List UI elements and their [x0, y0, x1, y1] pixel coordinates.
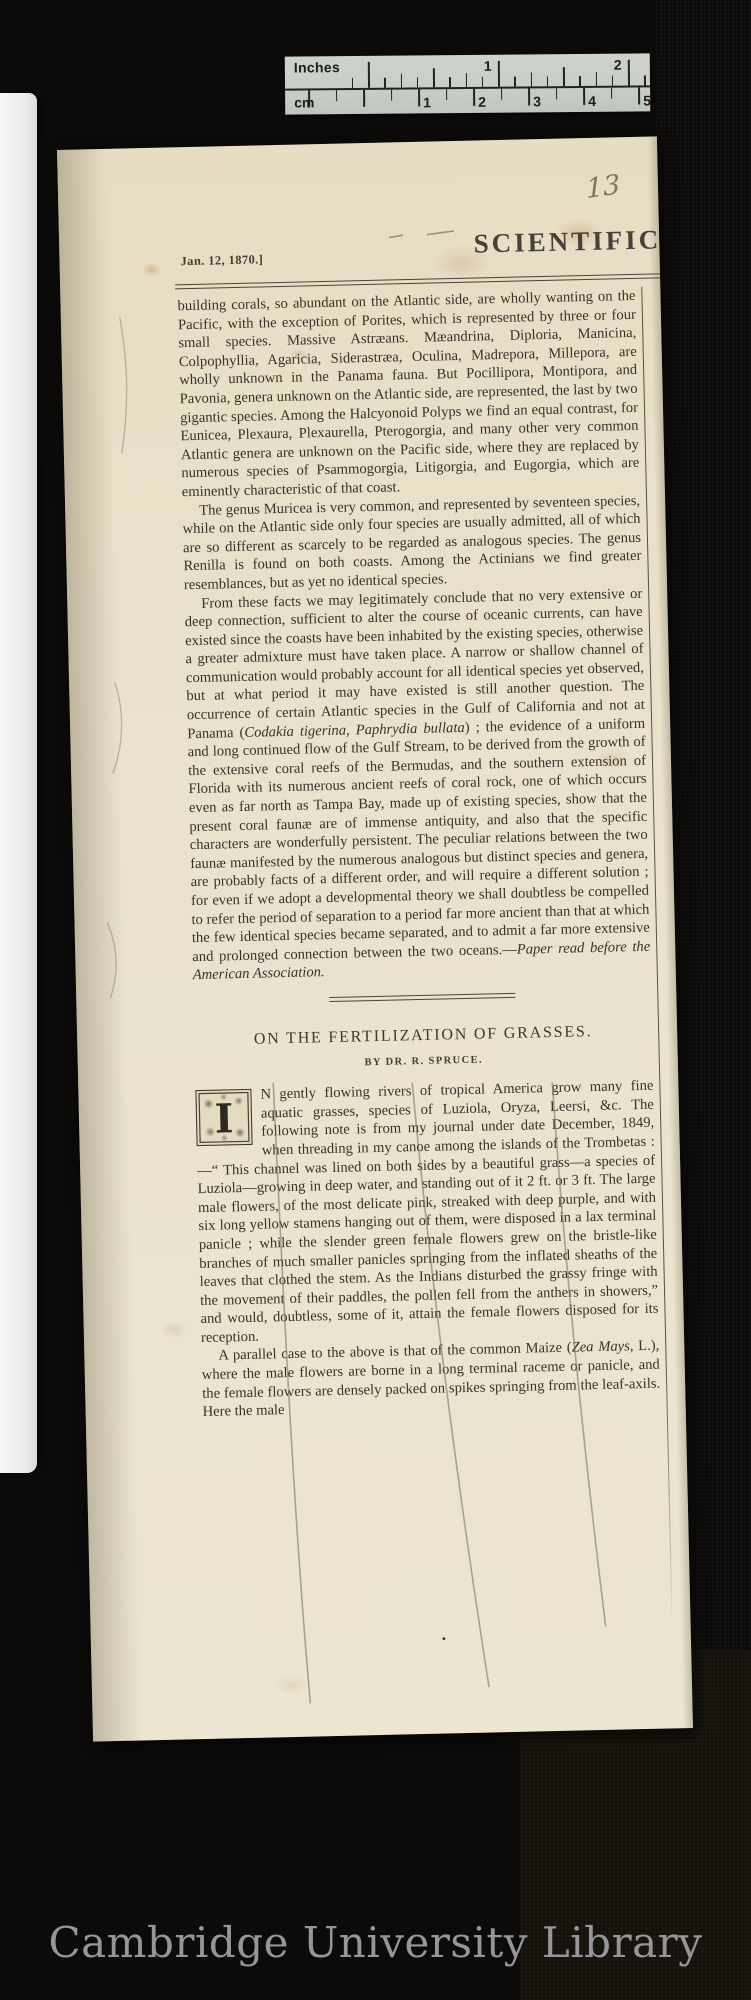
measurement-ruler: Inches cm 1212345 — [285, 53, 650, 114]
text-run: N gently flowing rivers of tropical Amer… — [197, 1078, 659, 1346]
ruler-tick — [368, 62, 370, 88]
article-divider-rule — [329, 993, 515, 1002]
ruler-cm-label: cm — [294, 94, 314, 110]
paragraph: A parallel case to the above is that of … — [201, 1337, 661, 1422]
ruler-tick — [418, 89, 420, 106]
article-grasses-body: IN gently flowing rivers of tropical Ame… — [195, 1077, 660, 1422]
italic-text-run: Zea Mays — [571, 1339, 630, 1356]
ruler-tick — [501, 88, 503, 99]
ruler-inch-ticks — [285, 53, 650, 56]
article-byline: BY DR. R. SPRUCE. — [195, 1047, 653, 1076]
ruler-tick — [446, 89, 448, 100]
dropcap-letter: I — [196, 1093, 251, 1145]
paragraph: IN gently flowing rivers of tropical Ame… — [195, 1077, 659, 1348]
ruler-tick — [449, 77, 451, 87]
ruler-tick — [612, 76, 614, 86]
text-column: building corals, so abundant on the Atla… — [177, 287, 660, 1422]
ruler-cm-number: 5 — [643, 92, 651, 108]
ruler-tick — [628, 60, 630, 86]
ruler-tick — [352, 78, 354, 88]
ruler-tick — [530, 72, 532, 86]
ruler-tick — [336, 90, 338, 101]
article-corals-body: building corals, so abundant on the Atla… — [177, 287, 650, 985]
ruler-tick — [391, 89, 393, 100]
masthead-title: SCIENTIFIC — [473, 224, 661, 259]
ruler-tick — [417, 77, 419, 87]
text-run: The genus Muricea is very common, and re… — [182, 492, 641, 593]
paragraph: From these facts we may legitimately con… — [184, 584, 651, 985]
ruler-tick — [363, 89, 365, 106]
page-header: Jan. 12, 1870.] SCIENTIFIC — [57, 136, 660, 290]
ruler-tick — [556, 88, 558, 99]
paragraph: building corals, so abundant on the Atla… — [177, 287, 640, 502]
ruler-inches-label: Inches — [294, 59, 340, 75]
document-page: 13 Jan. 12, 1870.] SCIENTIFIC building c… — [57, 136, 693, 1741]
ruler-tick — [433, 68, 435, 87]
ruler-tick — [644, 75, 646, 85]
adjacent-page-edge — [0, 93, 37, 1473]
ruler-cm-number: 1 — [423, 94, 431, 110]
ruler-tick — [465, 73, 467, 87]
ruler-tick — [384, 78, 386, 88]
ruler-tick — [638, 87, 640, 104]
ruler-tick — [583, 87, 585, 104]
issue-date: Jan. 12, 1870.] — [180, 252, 263, 269]
ruler-cm-number: 3 — [533, 93, 541, 109]
ruler-cm-number: 4 — [588, 93, 596, 109]
ruler-tick — [400, 74, 402, 88]
ruler-tick — [579, 76, 581, 86]
ruler-tick — [514, 77, 516, 87]
library-watermark-caption: Cambridge University Library — [0, 1918, 751, 1967]
article-heading: ON THE FERTILIZATION OF GRASSES. — [194, 1022, 652, 1051]
ruler-tick — [595, 72, 597, 86]
text-run: ) ; the evidence of a uniform and long c… — [188, 715, 650, 964]
paragraph: The genus Muricea is very common, and re… — [182, 491, 642, 594]
ruler-cm-number: 2 — [478, 94, 486, 110]
ruler-separator — [285, 85, 650, 90]
ruler-tick — [563, 67, 565, 86]
ornate-initial: I — [195, 1089, 252, 1146]
ruler-tick — [498, 61, 500, 87]
ruler-tick — [473, 88, 475, 105]
ruler-tick — [528, 88, 530, 105]
ruler-inch-number: 2 — [614, 57, 622, 73]
italic-text-run: Codakia tigerina, Paphrydia bullata — [244, 720, 465, 741]
ruler-tick — [482, 77, 484, 87]
ruler-cm-ticks — [285, 53, 650, 56]
ruler-tick — [611, 87, 613, 98]
ruler-inch-number: 1 — [484, 58, 492, 74]
ruler-tick — [547, 76, 549, 86]
text-run: building corals, so abundant on the Atla… — [177, 288, 639, 500]
